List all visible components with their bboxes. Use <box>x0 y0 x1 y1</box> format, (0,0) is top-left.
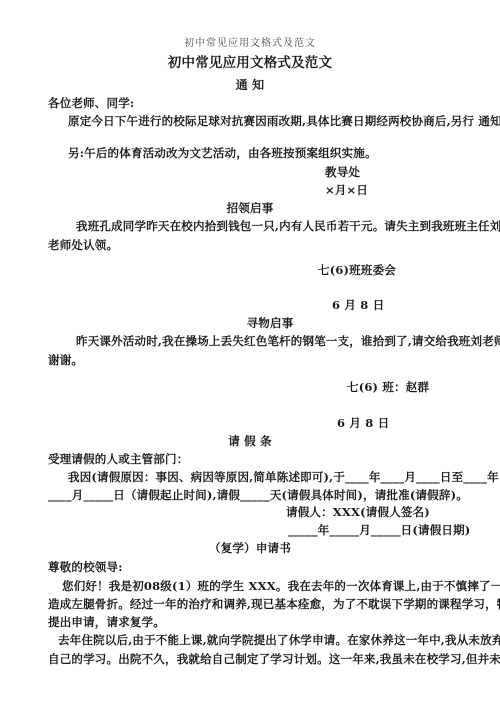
leave-date: _____年_____月_____日(请假日期) <box>288 523 470 537</box>
notice-signer: 教导处 <box>325 165 360 179</box>
leave-salutation: 受理请假的人或主管部门： <box>48 452 188 466</box>
claim-signer: 七(6)班班委会 <box>318 263 396 277</box>
claim-body-line1: 我班孔成同学昨天在校内拾到钱包一只,内有人民币若干元。请失主到我班班主任刘 <box>76 219 500 233</box>
reinstatement-p1-line3: 提出申请，请求复学。 <box>48 615 165 629</box>
reinstatement-p1-line1: 您们好！我是初08级(1）班的学生 XXX。我在去年的一次体育课上,由于不慎摔了… <box>62 579 500 593</box>
lost-body-line2: 谢谢。 <box>48 353 83 367</box>
page-title: 初中常见应用文格式及范文 <box>0 56 500 70</box>
claim-date: 6 月 8 日 <box>332 298 384 312</box>
notice-heading: 通 知 <box>0 78 500 92</box>
leave-signer: 请假人：XXX(请假人签名) <box>286 505 430 519</box>
reinstatement-p2-line2: 自己的学习。出院不久，我就给自己制定了学习计划。这一年来,我虽未在校学习,但并未… <box>48 652 500 666</box>
notice-addendum: 另:午后的体育活动改为文艺活动，由各班按预案组织实施。 <box>68 146 377 160</box>
notice-body: 原定今日下午进行的校际足球对抗赛因雨改期,具体比赛日期经两校协商后,另行 通知。 <box>68 114 500 128</box>
notice-salutation: 各位老师、同学: <box>48 96 134 110</box>
reinstatement-p2-line1: 去年住院以后,由于不能上课,就向学院提出了休学申请。在家休养这一年中,我从未放弃… <box>58 633 500 647</box>
claim-heading: 招领启事 <box>0 201 500 215</box>
reinstatement-heading: （复学）申请书 <box>0 541 500 555</box>
reinstatement-p1-line2: 造成左腿骨折。经过一年的治疗和调养,现已基本痊愈，为了不耽误下学期的课程学习，特 <box>48 597 500 611</box>
lost-date: 6 月 8 日 <box>337 416 389 430</box>
reinstatement-salutation: 尊敬的校领导: <box>48 560 123 574</box>
leave-body-line2: ____月_____日（请假起止时间),请假_____天(请假具体时间)，请批准… <box>48 488 468 502</box>
lost-body-line1: 昨天课外活动时,我在操场上丢失红色笔杆的钢笔一支，谁拾到了,请交给我班刘老师。 <box>76 334 500 348</box>
leave-body-line1: 我因(请假原因：事因、病因等原因,简单陈述即可),于____年____月____… <box>68 470 499 484</box>
running-header: 初中常见应用文格式及范文 <box>0 37 500 51</box>
notice-date: ×月×日 <box>325 183 368 197</box>
lost-heading: 寻物启事 <box>20 316 500 330</box>
leave-heading: 请 假 条 <box>0 434 500 448</box>
lost-signer: 七(6) 班：赵群 <box>347 380 429 394</box>
claim-body-line2: 老师处认领。 <box>48 238 118 252</box>
